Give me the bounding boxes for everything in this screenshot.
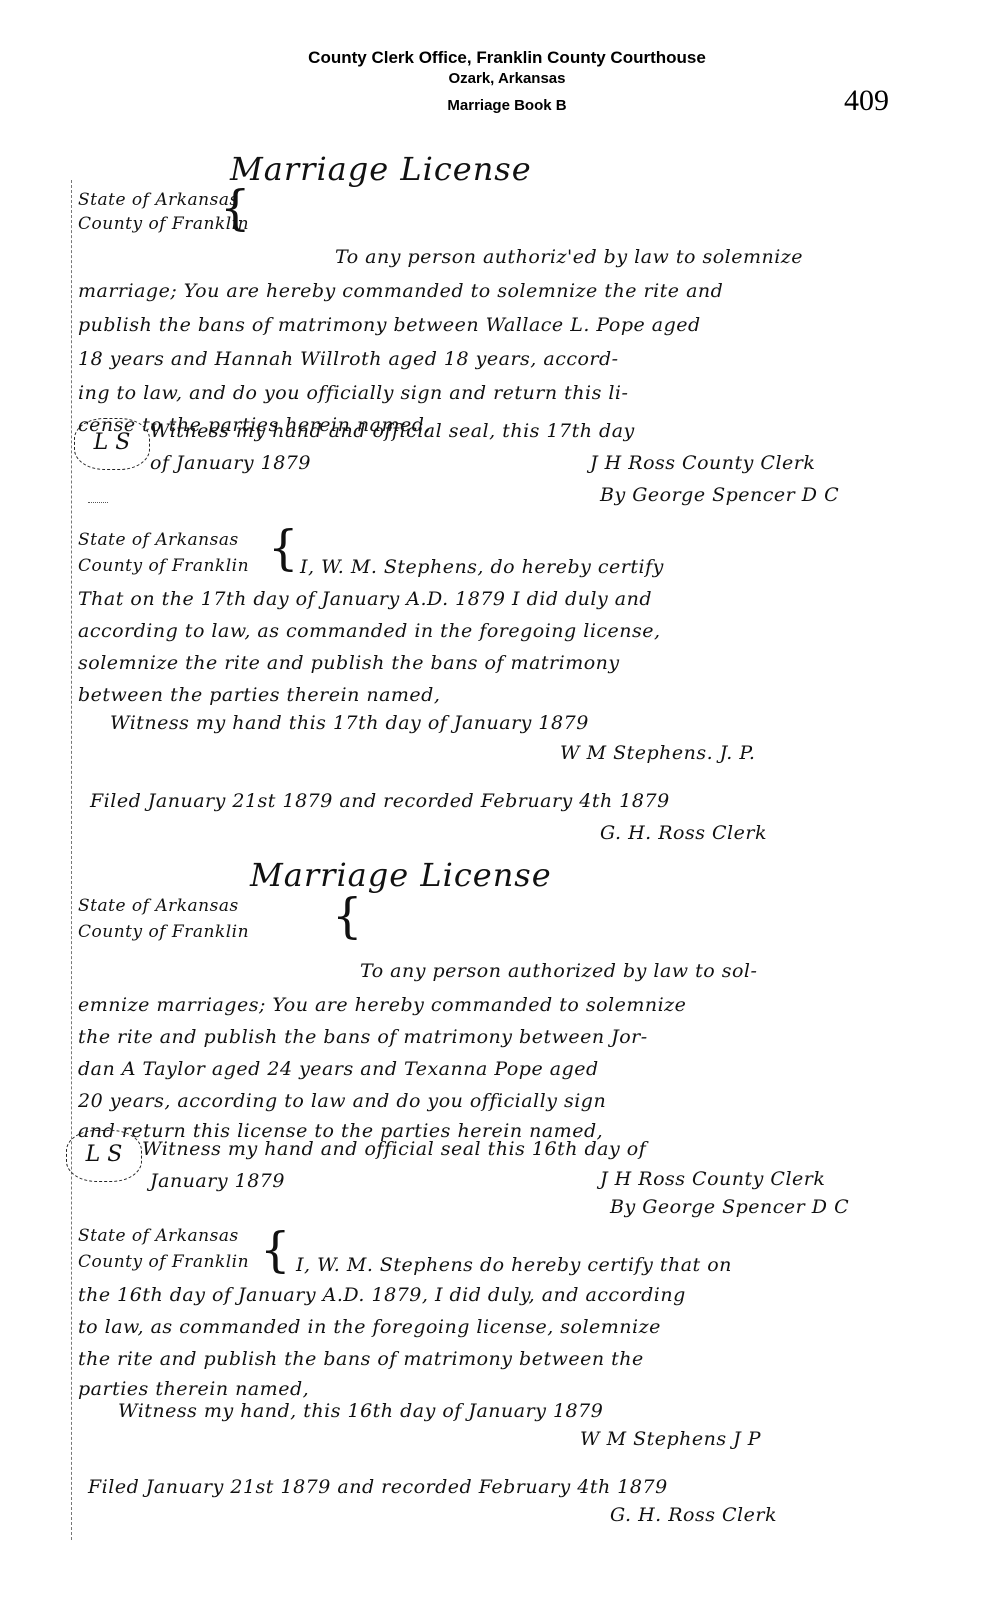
brace: { <box>268 520 299 576</box>
license-line: 18 years and Hannah Willroth aged 18 yea… <box>78 348 619 370</box>
certificate-line: solemnize the rite and publish the bans … <box>78 652 620 674</box>
brace: { <box>332 888 363 944</box>
certificate-line: according to law, as commanded in the fo… <box>78 620 661 642</box>
license-line: To any person authorized by law to sol- <box>360 960 757 982</box>
witness-line: Witness my hand and official seal this 1… <box>142 1138 646 1160</box>
license-line: 20 years, according to law and do you of… <box>78 1090 606 1112</box>
license-state: State of Arkansas <box>78 190 239 210</box>
certificate-line: I, W. M. Stephens do hereby certify that… <box>296 1254 732 1276</box>
license-county: County of Franklin <box>78 922 249 942</box>
certificate-line: the rite and publish the bans of matrimo… <box>78 1348 644 1370</box>
filed-line: Filed January 21st 1879 and recorded Feb… <box>88 1476 668 1498</box>
license-title: Marriage License <box>250 856 552 894</box>
deputy-signature: By George Spencer D C <box>600 484 839 506</box>
license-line: dan A Taylor aged 24 years and Texanna P… <box>78 1058 599 1080</box>
brace: { <box>220 180 251 236</box>
certificate-witness: Witness my hand this 17th day of January… <box>110 712 589 734</box>
certificate-state: State of Arkansas <box>78 1226 239 1246</box>
certificate-line: parties therein named, <box>78 1378 309 1400</box>
office-title: County Clerk Office, Franklin County Cou… <box>14 48 1000 68</box>
witness-line: Witness my hand and official seal, this … <box>150 420 635 442</box>
margin-line <box>71 180 72 1540</box>
filed-line: Filed January 21st 1879 and recorded Feb… <box>90 790 670 812</box>
license-line: To any person authoriz'ed by law to sole… <box>335 246 803 268</box>
page-number: 409 <box>844 84 889 118</box>
license-state: State of Arkansas <box>78 896 239 916</box>
certificate-line: I, W. M. Stephens, do hereby certify <box>300 556 664 578</box>
certificate-line: to law, as commanded in the foregoing li… <box>78 1316 661 1338</box>
deputy-signature: By George Spencer D C <box>610 1196 849 1218</box>
certificate-state: State of Arkansas <box>78 530 239 550</box>
certificate-line: between the parties therein named, <box>78 684 440 706</box>
license-line: emnize marriages; You are hereby command… <box>78 994 686 1016</box>
certificate-county: County of Franklin <box>78 556 249 576</box>
clerk-signature: J H Ross County Clerk <box>600 1168 825 1190</box>
seal-icon: L S <box>74 418 150 470</box>
justice-signature: W M Stephens. J. P. <box>560 742 755 764</box>
license-line: marriage; You are hereby commanded to so… <box>78 280 723 302</box>
license-line: publish the bans of matrimony between Wa… <box>78 314 701 336</box>
license-line: the rite and publish the bans of matrimo… <box>78 1026 648 1048</box>
certificate-line: That on the 17th day of January A.D. 187… <box>78 588 652 610</box>
certificate-witness: Witness my hand, this 16th day of Januar… <box>118 1400 603 1422</box>
seal-icon: L S <box>66 1130 142 1182</box>
license-line: ing to law, and do you officially sign a… <box>78 382 628 404</box>
justice-signature: W M Stephens J P <box>580 1428 761 1450</box>
certificate-county: County of Franklin <box>78 1252 249 1272</box>
witness-date: of January 1879 <box>150 452 311 474</box>
filed-clerk-signature: G. H. Ross Clerk <box>600 822 767 844</box>
divider <box>88 502 108 503</box>
witness-date: January 1879 <box>150 1170 285 1192</box>
brace: { <box>260 1222 291 1278</box>
license-title: Marriage License <box>230 150 532 188</box>
clerk-signature: J H Ross County Clerk <box>590 452 815 474</box>
filed-clerk-signature: G. H. Ross Clerk <box>610 1504 777 1526</box>
certificate-line: the 16th day of January A.D. 1879, I did… <box>78 1284 686 1306</box>
